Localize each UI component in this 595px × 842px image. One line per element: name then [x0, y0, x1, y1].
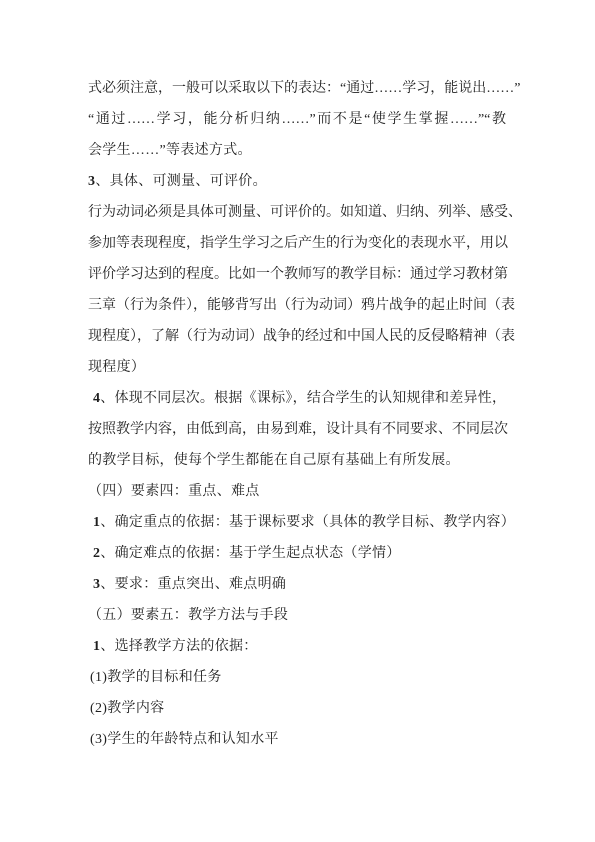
text-line: 3、要求：重点突出、难点明确 [88, 569, 506, 600]
text-segment: 式必须注意，一般可以采取以下的表达：“通过……学习，能说出……” [88, 81, 520, 96]
text-segment: (3)学生的年龄特点和认知水平 [90, 732, 279, 747]
text-segment: (1)教学的目标和任务 [90, 670, 222, 685]
text-line: (3)学生的年龄特点和认知水平 [88, 724, 506, 755]
text-segment: （四）要素四：重点、难点 [88, 484, 260, 499]
text-segment: “通过……学习，能分析归纳……”而不是“使学生掌握……”“教 [88, 112, 506, 127]
text-segment: 现程度） [88, 360, 145, 375]
text-line: 3、具体、可测量、可评价。 [88, 166, 506, 197]
document-body: 式必须注意，一般可以采取以下的表达：“通过……学习，能说出……”“通过……学习，… [88, 73, 506, 755]
text-segment: （五）要素五：教学方法与手段 [88, 608, 288, 623]
text-line: 现程度），了解（行为动词）战争的经过和中国人民的反侵略精神（表 [88, 321, 506, 352]
text-line: 评价学习达到的程度。比如一个教师写的教学目标：通过学习教材第 [88, 259, 506, 290]
para-behavior-verbs: 行为动词必须是具体可测量、可评价的。如知道、归纳、列举、感受、参加等表现程度，指… [88, 197, 506, 383]
text-segment: 、确定重点的依据：基于课标要求（具体的教学目标、教学内容） [100, 515, 515, 530]
text-line: 2、确定难点的依据：基于学生起点状态（学情） [88, 538, 506, 569]
text-segment: 、具体、可测量、可评价。 [95, 174, 267, 189]
text-segment: 的教学目标，使每个学生都能在自己原有基础上有所发展。 [88, 453, 460, 468]
item-2-difficult-point-basis: 2、确定难点的依据：基于学生起点状态（学情） [88, 538, 506, 569]
text-segment: 三章（行为条件），能够背写出（行为动词）鸦片战争的起止时间（表 [88, 298, 515, 313]
para-item-4-different-levels: 4、体现不同层次。根据《课标》，结合学生的认知规律和差异性，按照教学内容，由低到… [88, 383, 506, 476]
text-segment: (2)教学内容 [90, 701, 164, 716]
text-segment: 、要求：重点突出、难点明确 [100, 577, 286, 592]
text-segment: 会学生……”等表述方式。 [88, 143, 252, 158]
text-line: 按照教学内容，由低到高，由易到难，设计具有不同要求、不同层次 [88, 414, 506, 445]
text-line: 1、确定重点的依据：基于课标要求（具体的教学目标、教学内容） [88, 507, 506, 538]
text-line: 式必须注意，一般可以采取以下的表达：“通过……学习，能说出……” [88, 73, 506, 104]
list-number: 4 [93, 391, 100, 406]
text-segment: 、选择教学方法的依据： [100, 639, 257, 654]
text-segment: 、体现不同层次。根据《课标》，结合学生的认知规律和差异性， [100, 391, 506, 406]
text-segment: 、确定难点的依据：基于学生起点状态（学情） [100, 546, 400, 561]
text-line: “通过……学习，能分析归纳……”而不是“使学生掌握……”“教 [88, 104, 506, 135]
item-3-requirements: 3、要求：重点突出、难点明确 [88, 569, 506, 600]
text-segment: 参加等表现程度，指学生学习之后产生的行为变化的表现水平，用以 [88, 236, 508, 251]
para-objective-expression: 式必须注意，一般可以采取以下的表达：“通过……学习，能说出……”“通过……学习，… [88, 73, 506, 166]
text-line: 4、体现不同层次。根据《课标》，结合学生的认知规律和差异性， [88, 383, 506, 414]
text-line: 1、选择教学方法的依据： [88, 631, 506, 662]
text-line: （五）要素五：教学方法与手段 [88, 600, 506, 631]
subitem-1-goals-and-tasks: (1)教学的目标和任务 [88, 662, 506, 693]
text-line: 三章（行为条件），能够背写出（行为动词）鸦片战争的起止时间（表 [88, 290, 506, 321]
text-line: (2)教学内容 [88, 693, 506, 724]
subitem-2-teaching-content: (2)教学内容 [88, 693, 506, 724]
text-segment: 现程度），了解（行为动词）战争的经过和中国人民的反侵略精神（表 [88, 329, 515, 344]
text-line: （四）要素四：重点、难点 [88, 476, 506, 507]
text-line: (1)教学的目标和任务 [88, 662, 506, 693]
subitem-3-student-age-cognition: (3)学生的年龄特点和认知水平 [88, 724, 506, 755]
item-1-key-point-basis: 1、确定重点的依据：基于课标要求（具体的教学目标、教学内容） [88, 507, 506, 538]
text-line: 会学生……”等表述方式。 [88, 135, 506, 166]
text-segment: 评价学习达到的程度。比如一个教师写的教学目标：通过学习教材第 [88, 267, 508, 282]
heading-element-5-methods: （五）要素五：教学方法与手段 [88, 600, 506, 631]
text-line: 的教学目标，使每个学生都能在自己原有基础上有所发展。 [88, 445, 506, 476]
text-line: 参加等表现程度，指学生学习之后产生的行为变化的表现水平，用以 [88, 228, 506, 259]
document-page: 式必须注意，一般可以采取以下的表达：“通过……学习，能说出……”“通过……学习，… [0, 0, 595, 842]
text-line: 现程度） [88, 352, 506, 383]
text-segment: 行为动词必须是具体可测量、可评价的。如知道、归纳、列举、感受、 [88, 205, 522, 220]
heading-item-3-measurable: 3、具体、可测量、可评价。 [88, 166, 506, 197]
heading-element-4-key-difficult-points: （四）要素四：重点、难点 [88, 476, 506, 507]
text-line: 行为动词必须是具体可测量、可评价的。如知道、归纳、列举、感受、 [88, 197, 506, 228]
text-segment: 按照教学内容，由低到高，由易到难，设计具有不同要求、不同层次 [88, 422, 508, 437]
item-1-method-selection-basis: 1、选择教学方法的依据： [88, 631, 506, 662]
